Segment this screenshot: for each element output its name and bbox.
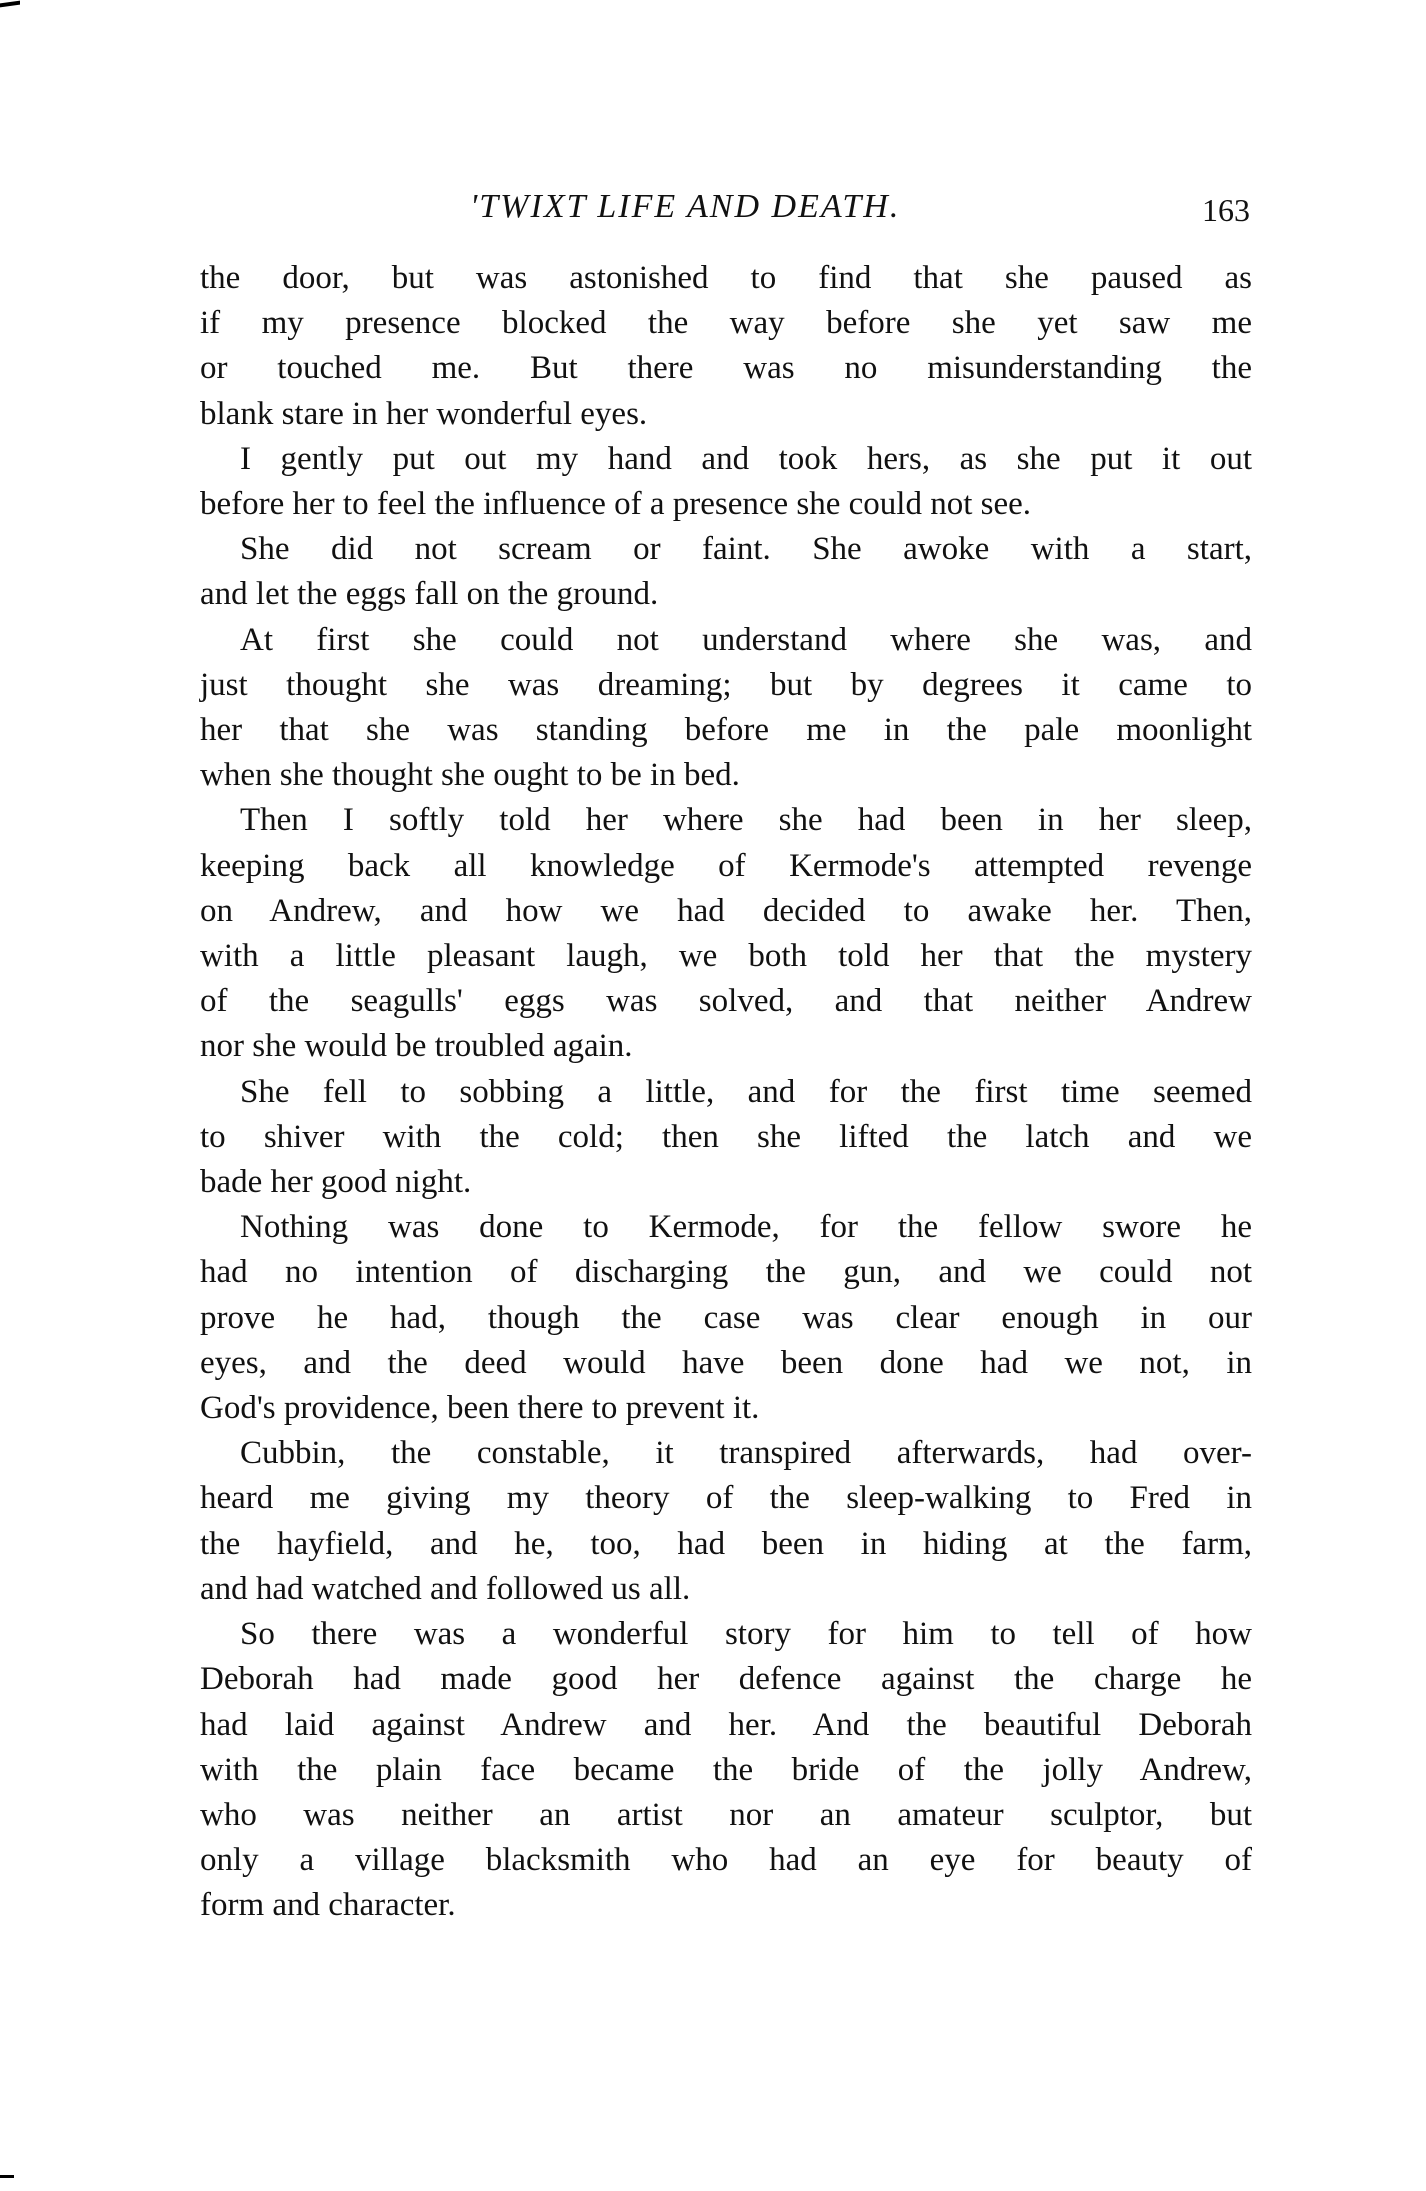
text-line: the door, but was astonished to find tha… (200, 256, 1252, 301)
text-line: just thought she was dreaming; but by de… (200, 663, 1252, 708)
text-line: only a village blacksmith who had an eye… (200, 1838, 1252, 1883)
running-title: 'TWIXT LIFE AND DEATH. (470, 188, 900, 226)
text-line: Then I softly told her where she had bee… (200, 798, 1252, 843)
paragraph: the door, but was astonished to find tha… (200, 256, 1252, 437)
text-line: She did not scream or faint. She awoke w… (200, 527, 1252, 572)
text-line: and let the eggs fall on the ground. (200, 572, 1252, 617)
text-line: had laid against Andrew and her. And the… (200, 1703, 1252, 1748)
text-line: and had watched and followed us all. (200, 1567, 1252, 1612)
text-line: who was neither an artist nor an amateur… (200, 1793, 1252, 1838)
paragraph: She fell to sobbing a little, and for th… (200, 1070, 1252, 1206)
text-line: Deborah had made good her defence agains… (200, 1657, 1252, 1702)
paragraph: Then I softly told her where she had bee… (200, 798, 1252, 1069)
text-line: Cubbin, the constable, it transpired aft… (200, 1431, 1252, 1476)
scan-edge-mark (0, 1, 20, 8)
paragraph: Cubbin, the constable, it transpired aft… (200, 1431, 1252, 1612)
text-line: had no intention of discharging the gun,… (200, 1250, 1252, 1295)
text-line: prove he had, though the case was clear … (200, 1296, 1252, 1341)
text-line: when she thought she ought to be in bed. (200, 753, 1252, 798)
text-line: Nothing was done to Kermode, for the fel… (200, 1205, 1252, 1250)
paragraph: At first she could not understand where … (200, 618, 1252, 799)
text-line: God's providence, been there to prevent … (200, 1386, 1252, 1431)
page-body: the door, but was astonished to find tha… (200, 256, 1252, 1929)
text-line: I gently put out my hand and took hers, … (200, 437, 1252, 482)
text-line: eyes, and the deed would have been done … (200, 1341, 1252, 1386)
text-line: At first she could not understand where … (200, 618, 1252, 663)
text-line: form and character. (200, 1883, 1252, 1928)
text-line: She fell to sobbing a little, and for th… (200, 1070, 1252, 1115)
text-line: her that she was standing before me in t… (200, 708, 1252, 753)
scan-edge-mark (0, 2175, 14, 2178)
text-line: the hayfield, and he, too, had been in h… (200, 1522, 1252, 1567)
text-line: with the plain face became the bride of … (200, 1748, 1252, 1793)
text-line: So there was a wonderful story for him t… (200, 1612, 1252, 1657)
text-line: nor she would be troubled again. (200, 1024, 1252, 1069)
text-line: of the seagulls' eggs was solved, and th… (200, 979, 1252, 1024)
page-header: 'TWIXT LIFE AND DEATH. 163 (200, 188, 1250, 238)
text-line: if my presence blocked the way before sh… (200, 301, 1252, 346)
text-line: heard me giving my theory of the sleep-w… (200, 1476, 1252, 1521)
text-line: before her to feel the influence of a pr… (200, 482, 1252, 527)
text-line: blank stare in her wonderful eyes. (200, 392, 1252, 437)
text-line: with a little pleasant laugh, we both to… (200, 934, 1252, 979)
paragraph: I gently put out my hand and took hers, … (200, 437, 1252, 527)
paragraph: She did not scream or faint. She awoke w… (200, 527, 1252, 617)
text-line: or touched me. But there was no misunder… (200, 346, 1252, 391)
text-line: to shiver with the cold; then she lifted… (200, 1115, 1252, 1160)
text-line: on Andrew, and how we had decided to awa… (200, 889, 1252, 934)
text-line: keeping back all knowledge of Kermode's … (200, 844, 1252, 889)
page-number: 163 (1202, 192, 1250, 229)
paragraph: Nothing was done to Kermode, for the fel… (200, 1205, 1252, 1431)
text-line: bade her good night. (200, 1160, 1252, 1205)
paragraph: So there was a wonderful story for him t… (200, 1612, 1252, 1928)
